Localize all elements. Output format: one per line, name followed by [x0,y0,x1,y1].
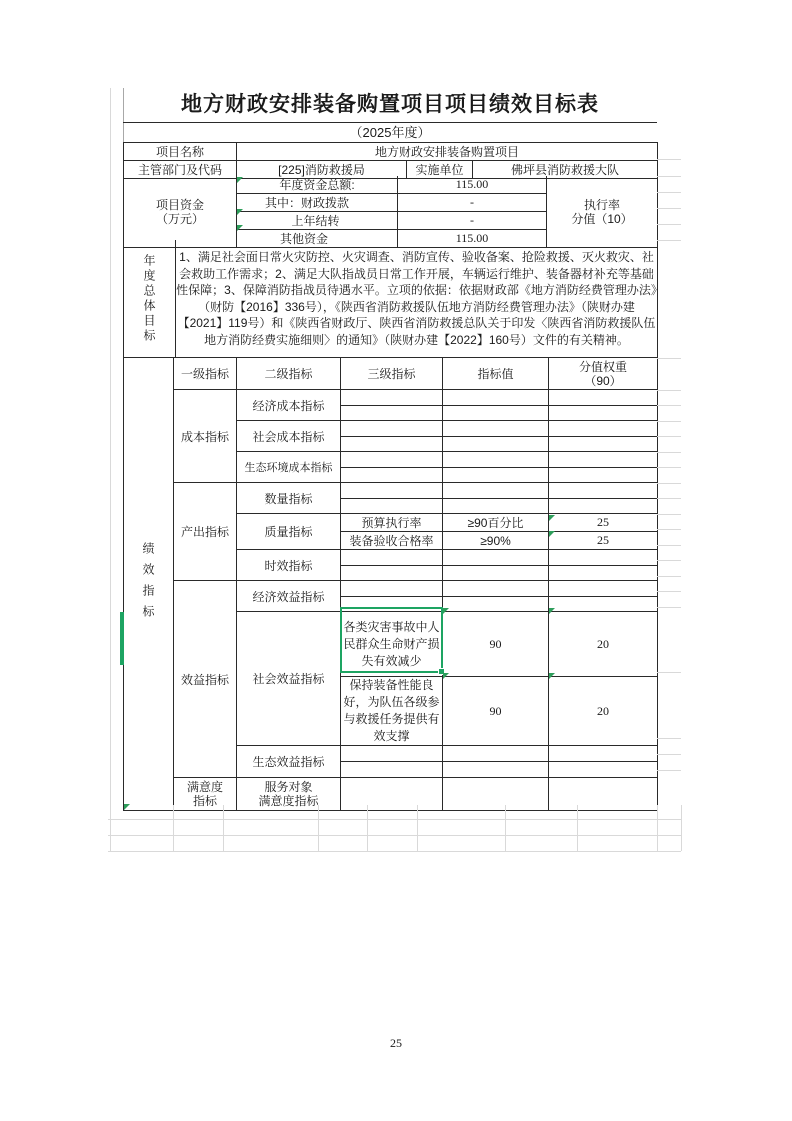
output-quantity-cell[interactable]: 数量指标 [237,483,341,514]
empty-cell[interactable] [443,597,549,613]
header-weight-line2: （90） [549,374,657,388]
empty-cell[interactable] [443,778,549,811]
gridline [657,738,681,739]
quality-row1-weight[interactable]: 25 [549,514,658,532]
gridline [657,514,681,515]
empty-cell[interactable] [341,550,443,566]
empty-cell[interactable] [341,778,443,811]
cost-social-cell[interactable]: 社会成本指标 [237,421,341,452]
empty-cell[interactable] [443,499,549,515]
error-indicator-triangle [443,608,449,614]
gridline [173,805,174,851]
gridline [657,159,681,160]
error-indicator-triangle [237,209,243,215]
funds-label-line2: （万元） [124,212,236,226]
satisfaction-label-cell[interactable]: 满意度 指标 [174,778,237,811]
header-weight-cell[interactable]: 分值权重 （90） [549,358,658,390]
funds-table: 项目资金 （万元） 年度资金总额: 115.00 执行率 分值（10） 其中：财… [123,176,658,248]
empty-cell[interactable] [443,581,549,597]
error-indicator-triangle [237,177,243,183]
empty-cell[interactable] [341,390,443,406]
gridline [657,770,681,771]
execution-rate-cell[interactable]: 执行率 分值（10） [547,176,658,248]
gridline [657,421,681,422]
gridline [657,498,681,499]
gridline [657,176,681,177]
execution-rate-line2: 分值（10） [547,212,657,226]
empty-cell[interactable] [549,390,658,406]
empty-cell[interactable] [341,437,443,453]
quality-row2-weight[interactable]: 25 [549,532,658,550]
gridline [657,754,681,755]
output-quality-cell[interactable]: 质量指标 [237,514,341,550]
empty-cell[interactable] [341,452,443,468]
gridline [657,390,681,391]
gridline [577,805,578,851]
gridline [657,591,681,592]
selected-row-edge-marker [120,612,124,665]
gridline [657,483,681,484]
funds-row-carryover-label[interactable]: 上年结转 [237,212,398,230]
gridline [681,805,682,851]
empty-cell[interactable] [443,406,549,422]
gridline [657,576,681,577]
empty-cell[interactable] [549,452,658,468]
gridline [657,467,681,468]
social-row1-weight[interactable]: 20 [549,612,658,677]
quality-row1-name[interactable]: 预算执行率 [341,514,443,532]
gridline [657,672,681,673]
gridline [108,851,681,852]
gridline [108,835,681,836]
header-level2-cell[interactable]: 二级指标 [237,358,341,390]
annual-goal-label-cell[interactable]: 年度总体目标 [124,240,176,358]
header-value-cell[interactable]: 指标值 [443,358,549,390]
annual-goal-table: 年度总体目标 1、满足社会面日常火灾防控、火灾调查、消防宣传、验收备案、抢险救援… [123,240,658,358]
indicators-side-label-cell[interactable]: 绩效指标 [124,358,174,811]
error-indicator-triangle [124,804,130,810]
empty-cell[interactable] [341,468,443,484]
empty-cell[interactable] [549,499,658,515]
funds-label-cell[interactable]: 项目资金 （万元） [124,176,237,248]
empty-cell[interactable] [549,778,658,811]
benefit-eco-cell[interactable]: 生态效益指标 [237,746,341,778]
empty-cell[interactable] [341,421,443,437]
funds-row-fiscal-label[interactable]: 其中：财政拨款 [237,194,398,212]
error-indicator-triangle [549,531,555,537]
benefit-social-cell[interactable]: 社会效益指标 [237,612,341,746]
empty-cell[interactable] [443,550,549,566]
quality-row2-value[interactable]: ≥90% [443,532,549,550]
error-indicator-triangle [549,673,555,679]
social-row2-value[interactable]: 90 [443,677,549,746]
empty-cell[interactable] [443,746,549,762]
social-row2-weight[interactable]: 20 [549,677,658,746]
gridline [367,805,368,851]
gridline [657,358,681,359]
gridline [657,529,681,530]
empty-cell[interactable] [341,499,443,515]
page-number: 25 [0,1036,792,1051]
empty-cell[interactable] [341,406,443,422]
empty-cell[interactable] [341,762,443,778]
social-row2-name[interactable]: 保持装备性能良好，为队伍各级参与救援任务提供有效支撑 [341,677,443,746]
empty-cell[interactable] [549,762,658,778]
funds-label-line1: 项目资金 [124,198,236,212]
satisfaction-label-line1: 满意度 [174,780,236,794]
header-weight-line1: 分值权重 [549,360,657,374]
empty-cell[interactable] [549,581,658,597]
gridline [223,805,224,851]
empty-cell[interactable] [443,468,549,484]
cost-economic-cell[interactable]: 经济成本指标 [237,390,341,421]
empty-cell[interactable] [341,581,443,597]
funds-row-fiscal-value[interactable]: - [398,194,547,212]
indicators-table: 绩效指标 一级指标 二级指标 三级指标 指标值 分值权重 （90） 成本指标 经… [123,358,658,811]
gridline [657,607,681,608]
funds-row-total-label[interactable]: 年度资金总额: [237,176,398,194]
empty-cell[interactable] [443,421,549,437]
error-indicator-triangle [443,673,449,679]
cost-label-cell[interactable]: 成本指标 [174,390,237,483]
project-name-label-cell[interactable]: 项目名称 [124,143,237,161]
error-indicator-triangle [237,225,243,231]
gridline [505,805,506,851]
quality-row1-value[interactable]: ≥90百分比 [443,514,549,532]
gridline [657,208,681,209]
error-indicator-triangle [549,515,555,521]
empty-cell[interactable] [443,437,549,453]
empty-cell[interactable] [549,483,658,499]
output-label-cell[interactable]: 产出指标 [174,483,237,581]
satisfaction-sub-cell[interactable]: 服务对象 满意度指标 [237,778,341,811]
satisfaction-label-line2: 指标 [174,794,236,808]
satisfaction-sub-line1: 服务对象 [237,780,340,794]
empty-cell[interactable] [549,421,658,437]
empty-cell[interactable] [443,762,549,778]
selected-cell-border [340,607,443,673]
cost-eco-cell[interactable]: 生态环境成本指标 [237,452,341,483]
gridline [110,805,111,851]
gridline [657,224,681,225]
gridline [657,560,681,561]
gridline [657,240,681,241]
social-row1-value[interactable]: 90 [443,612,549,677]
empty-cell[interactable] [549,566,658,582]
document-subtitle[interactable]: （2025年度） [123,124,657,141]
benefit-label-cell[interactable]: 效益指标 [174,581,237,778]
error-indicator-triangle [549,608,555,614]
gridline [110,88,111,852]
funds-row-carryover-value[interactable]: - [398,212,547,230]
gridline [657,452,681,453]
empty-cell[interactable] [549,437,658,453]
empty-cell[interactable] [443,390,549,406]
project-info-table: 项目名称 地方财政安排装备购置项目 主管部门及代码 [225]消防救援局 实施单… [123,142,658,179]
empty-cell[interactable] [341,483,443,499]
gridline [657,545,681,546]
gridline [657,436,681,437]
gridline [657,192,681,193]
gridline [108,819,681,820]
empty-cell[interactable] [341,746,443,762]
satisfaction-sub-line2: 满意度指标 [237,794,340,808]
gridline [417,805,418,851]
empty-cell[interactable] [549,746,658,762]
empty-cell[interactable] [549,406,658,422]
empty-cell[interactable] [443,566,549,582]
gridline [657,405,681,406]
header-level1-cell[interactable]: 一级指标 [174,358,237,390]
benefit-economic-cell[interactable]: 经济效益指标 [237,581,341,612]
project-name-cell[interactable]: 地方财政安排装备购置项目 [237,143,658,161]
execution-rate-line1: 执行率 [547,198,657,212]
empty-cell[interactable] [443,452,549,468]
gridline [318,805,319,851]
funds-row-total-value[interactable]: 115.00 [398,176,547,194]
spreadsheet-page: 地方财政安排装备购置项目项目绩效目标表 （2025年度） 项目名称 地方财政安排… [0,0,792,1121]
annual-goal-text-cell[interactable]: 1、满足社会面日常火灾防控、火灾调查、消防宣传、验收备案、抢险救援、灭火救灾、社… [176,240,658,358]
empty-cell[interactable] [443,483,549,499]
header-level3-cell[interactable]: 三级指标 [341,358,443,390]
empty-cell[interactable] [549,468,658,484]
empty-cell[interactable] [549,550,658,566]
document-title[interactable]: 地方财政安排装备购置项目项目绩效目标表 [123,88,657,123]
output-time-cell[interactable]: 时效指标 [237,550,341,581]
empty-cell[interactable] [549,597,658,613]
empty-cell[interactable] [341,566,443,582]
gridline [657,805,658,851]
quality-row2-name[interactable]: 装备验收合格率 [341,532,443,550]
